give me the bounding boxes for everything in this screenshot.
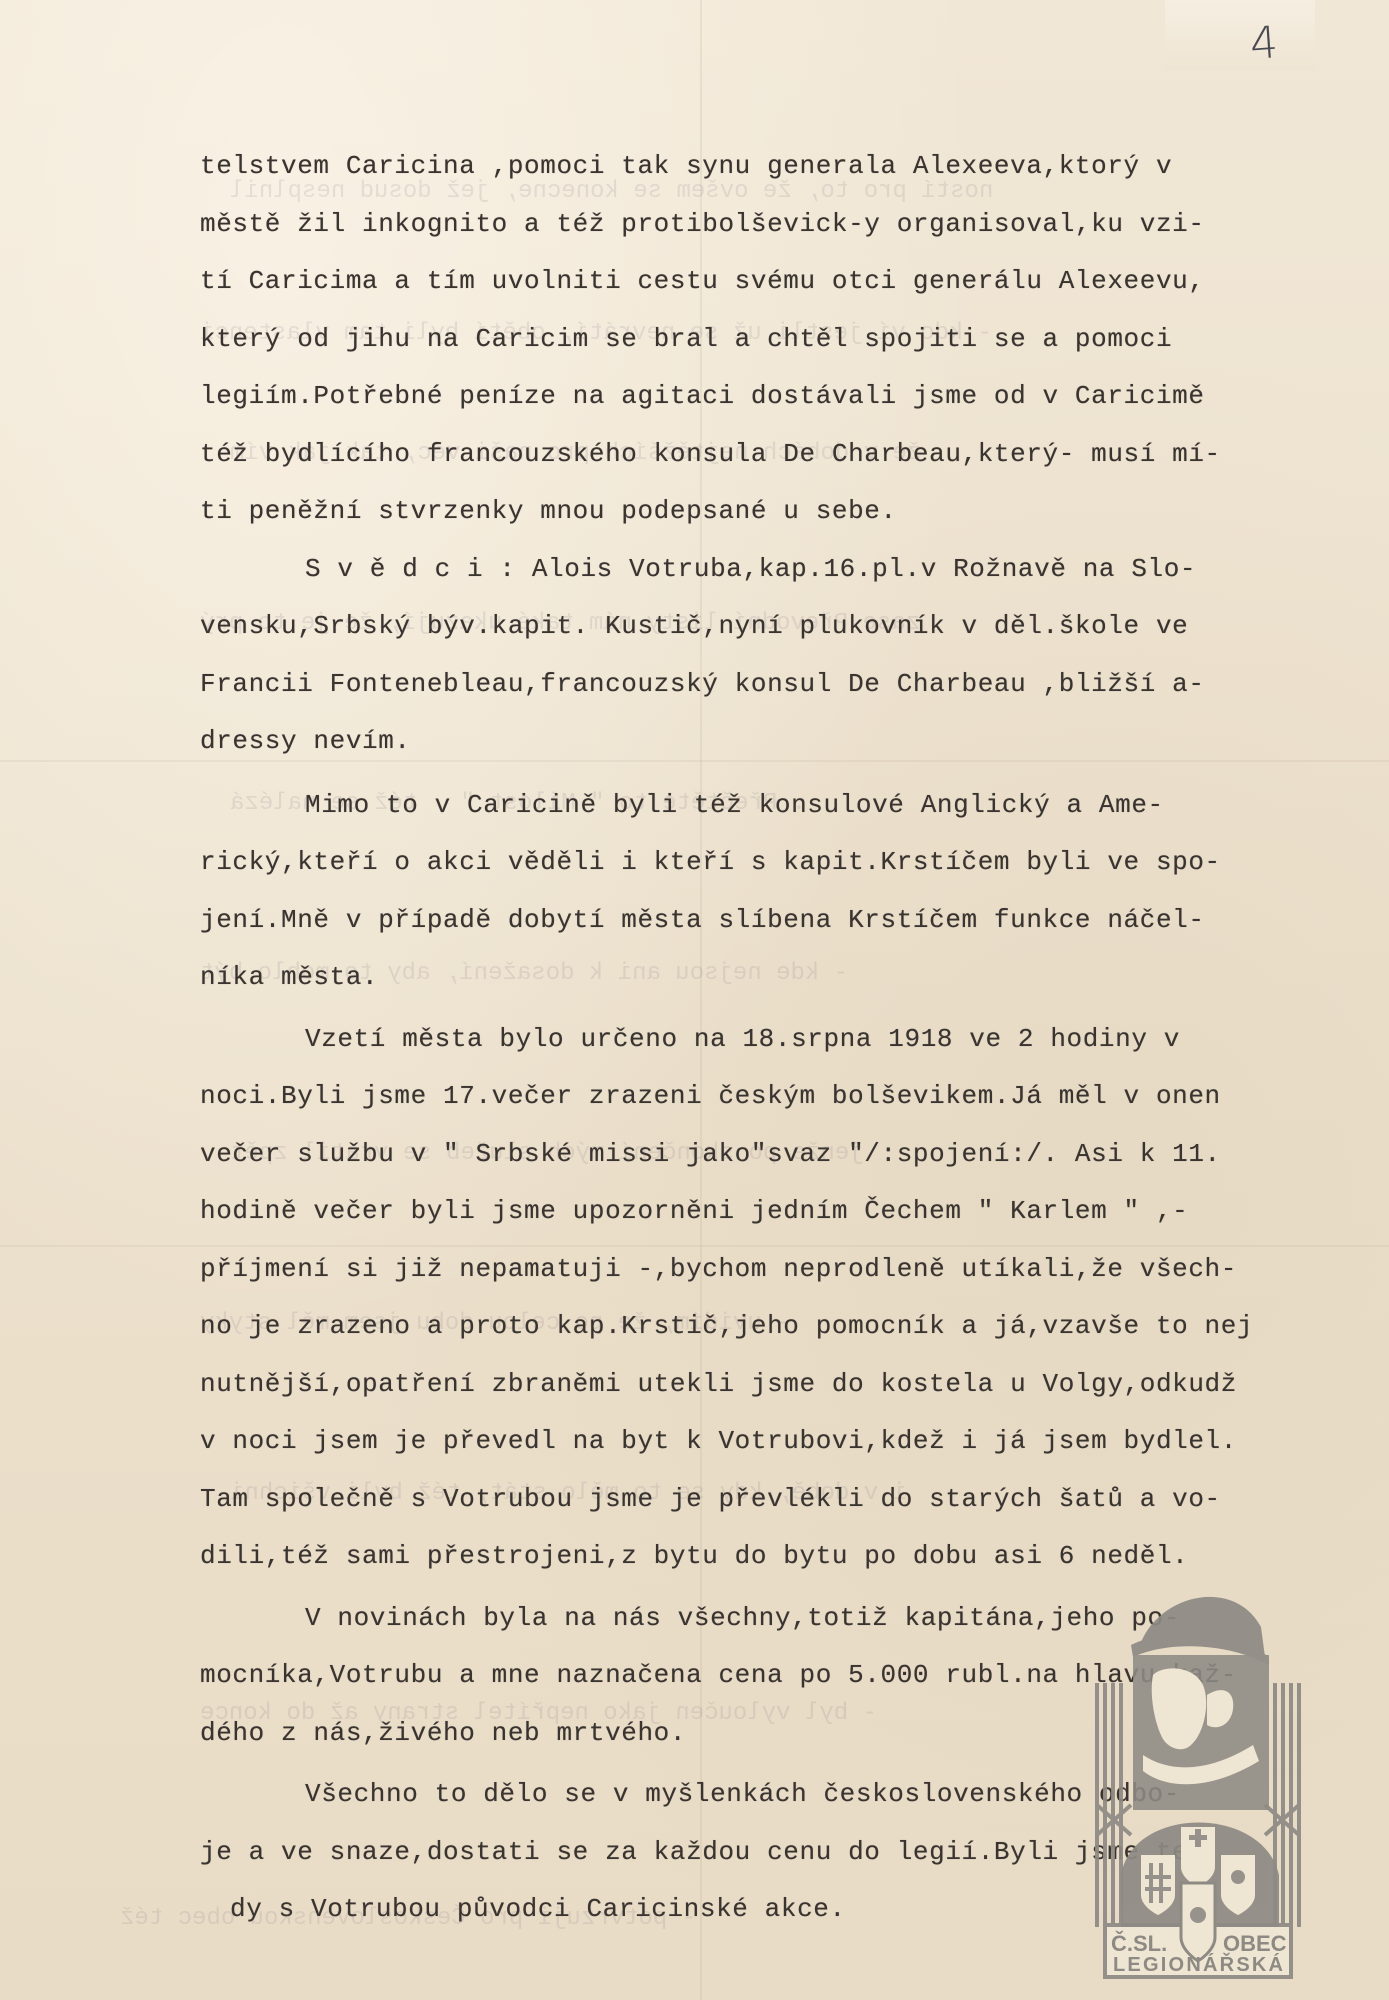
- text-line: Francii Fontenebleau,francouzský konsul …: [200, 656, 1320, 714]
- text-line: rický,kteří o akci věděli i kteří s kapi…: [200, 834, 1320, 892]
- text-line: vensku,Srbský býv.kapit. Kustič,nyní plu…: [200, 598, 1320, 656]
- text-line: noci.Byli jsme 17.večer zrazeni českým b…: [200, 1068, 1320, 1126]
- text-line: Mimo to v Caricině byli též konsulové An…: [200, 777, 1320, 835]
- text-line: níka města.: [200, 949, 1320, 1007]
- paper-corner-tab: [1165, 0, 1315, 70]
- text-line: který od jihu na Caricim se bral a chtěl…: [200, 311, 1320, 369]
- text-line: večer službu v " Srbské missi jako"svaz …: [200, 1126, 1320, 1184]
- text-line: tí Caricima a tím uvolniti cestu svému o…: [200, 253, 1320, 311]
- text-line: no je zrazeno a proto kap.Krstič,jeho po…: [200, 1298, 1320, 1356]
- svg-text:Č.SL.: Č.SL.: [1111, 1931, 1167, 1956]
- text-line: nutnější,opatření zbraněmi utekli jsme d…: [200, 1356, 1320, 1414]
- legion-community-watermark-logo: Č.SL. OBEC LEGIONÁŘSKÁ: [1083, 1565, 1313, 1985]
- svg-text:OBEC: OBEC: [1223, 1931, 1287, 1956]
- text-line: též bydlícího francouzského konsula De C…: [200, 426, 1320, 484]
- witnesses-heading-line: S v ě d c i : Alois Votruba,kap.16.pl.v …: [200, 541, 1320, 599]
- text-line: Vzetí města bylo určeno na 18.srpna 1918…: [200, 1011, 1320, 1069]
- page-number: 4: [1248, 17, 1279, 70]
- text-line: legiím.Potřebné peníze na agitaci dostáv…: [200, 368, 1320, 426]
- svg-text:LEGIONÁŘSKÁ: LEGIONÁŘSKÁ: [1113, 1952, 1283, 1976]
- text-line: dressy nevím.: [200, 713, 1320, 771]
- text-line: ti peněžní stvrzenky mnou podepsané u se…: [200, 483, 1320, 541]
- text-line: hodině večer byli jsme upozorněni jedním…: [200, 1183, 1320, 1241]
- text-line: jení.Mně v případě dobytí města slíbena …: [200, 892, 1320, 950]
- text-line: telstvem Caricina ,pomoci tak synu gener…: [200, 138, 1320, 196]
- legionnaire-helmet-icon: Č.SL. OBEC LEGIONÁŘSKÁ: [1083, 1565, 1313, 1985]
- text-line: Tam společně s Votrubou jsme je převlékl…: [200, 1471, 1320, 1529]
- text-line: v noci jsem je převedl na byt k Votrubov…: [200, 1413, 1320, 1471]
- text-line: městě žil inkognito a též protibolševick…: [200, 196, 1320, 254]
- text-line: příjmení si již nepamatuji -,bychom nepr…: [200, 1241, 1320, 1299]
